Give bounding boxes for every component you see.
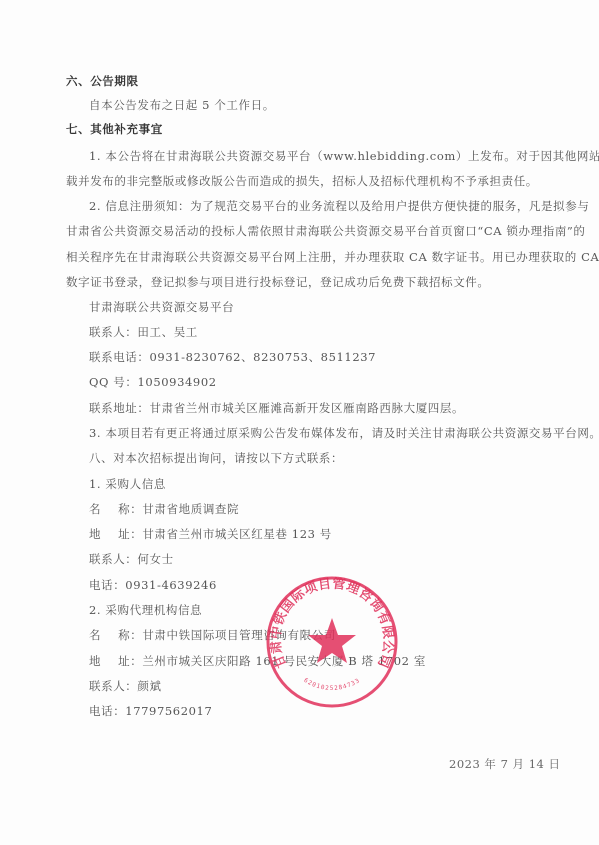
item2-line3: 相关程序先在甘肃海联公共资源交易平台网上注册，并办理获取 CA 数字证书。用已办…	[66, 250, 535, 264]
item1-line1: 1. 本公告将在甘肃海联公共资源交易平台（www.hlebidding.com）…	[89, 149, 535, 163]
seal-serial: 6201025284733	[303, 677, 362, 692]
platform-qq: QQ 号：1050934902	[89, 375, 535, 389]
section-six-body: 自本公告发布之日起 5 个工作日。	[89, 98, 535, 112]
platform-contact: 联系人：田工、吴工	[89, 325, 535, 339]
platform-address: 联系地址：甘肃省兰州市城关区雁滩高新开发区雁南路西脉大厦四层。	[89, 401, 535, 415]
item3: 3. 本项目若有更正将通过原采购公告发布媒体发布，请及时关注甘肃海联公共资源交易…	[89, 426, 535, 440]
item2-line2: 甘肃省公共资源交易活动的投标人需依照甘肃海联公共资源交易平台首页窗口“CA 锁办…	[66, 224, 535, 238]
section-seven-heading: 七、其他补充事宜	[66, 122, 535, 136]
section-eight-heading: 八、对本次招标提出询问，请按以下方式联系：	[89, 451, 535, 465]
platform-name: 甘肃海联公共资源交易平台	[89, 300, 535, 314]
purchaser-contact: 联系人：何女士	[89, 552, 535, 566]
purchaser-address: 地 址：甘肃省兰州市城关区红星巷 123 号	[89, 527, 535, 541]
document-date: 2023 年 7 月 14 日	[449, 756, 561, 772]
purchaser-name: 名 称：甘肃省地质调查院	[89, 502, 535, 516]
seal-icon: 甘肃中铁国际项目管理咨询有限公司 6201025284733	[262, 572, 402, 712]
purchaser-title: 1. 采购人信息	[89, 477, 535, 491]
section-six-heading: 六、公告期限	[66, 74, 535, 88]
item2-line1: 2. 信息注册须知：为了规范交易平台的业务流程以及给用户提供方便快捷的服务，凡是…	[89, 199, 535, 213]
item2-line4: 数字证书登录，登记拟参与项目进行投标登记，登记成功后免费下载招标文件。	[66, 275, 535, 289]
company-seal-stamp: 甘肃中铁国际项目管理咨询有限公司 6201025284733	[262, 572, 402, 712]
platform-phone: 联系电话：0931-8230762、8230753、8511237	[89, 350, 535, 364]
svg-text:6201025284733: 6201025284733	[303, 677, 362, 692]
document-page: 六、公告期限 自本公告发布之日起 5 个工作日。 七、其他补充事宜 1. 本公告…	[0, 0, 599, 845]
item1-line2: 载并发布的非完整版或修改版公告而造成的损失，招标人及招标代理机构不予承担责任。	[66, 174, 535, 188]
